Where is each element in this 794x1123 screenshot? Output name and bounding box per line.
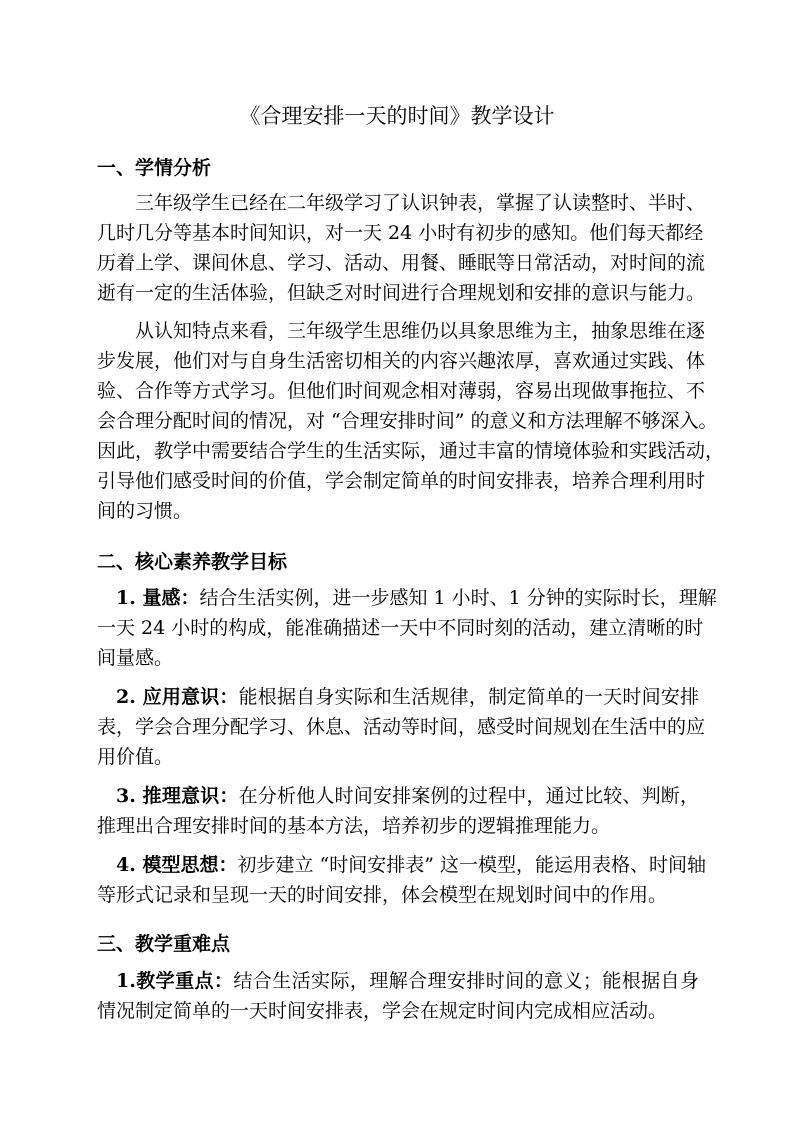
paragraph-line: 从认知特点来看，三年级学生思维仍以具象思维为主，抽象思维在逐 [135, 316, 699, 346]
paragraph-line: 步发展，他们对与自身生活密切相关的内容兴趣浓厚，喜欢通过实践、体 [97, 346, 699, 376]
item-label: 推理意识： [143, 785, 239, 807]
key-point-item-1-first-line: 1.教学重点：结合生活实际，理解合理安排时间的意义；能根据自身 [116, 966, 699, 996]
item-number: 2. [116, 686, 143, 708]
objective-item-3-first-line: 3. 推理意识：在分析他人时间安排案例的过程中，通过比较、判断， [116, 781, 699, 811]
paragraph-line: 用价值。 [97, 742, 699, 772]
item-number: 4. [116, 854, 142, 876]
document-page: 《合理安排一天的时间》教学设计 一、学情分析 三年级学生已经在二年级学习了认识钟… [0, 0, 794, 1123]
paragraph-line: 几时几分等基本时间知识，对一天 24 小时有初步的感知。他们每天都经 [97, 218, 699, 248]
paragraph-line: 等形式记录和呈现一天的时间安排，体会模型在规划时间中的作用。 [97, 880, 699, 910]
paragraph-line: 间的习惯。 [97, 496, 699, 526]
item-number: 1. [116, 587, 142, 609]
item-text: 结合生活实际，理解合理安排时间的意义；能根据自身 [233, 970, 699, 992]
item-text: 结合生活实例，进一步感知 1 小时、1 分钟的实际时长，理解 [199, 587, 716, 609]
paragraph-line: 一天 24 小时的构成，能准确描述一天中不同时刻的活动，建立清晰的时 [97, 613, 699, 643]
paragraph-line: 引导他们感受时间的价值，学会制定简单的时间安排表，培养合理利用时 [97, 466, 699, 496]
item-number: 1. [116, 970, 136, 992]
item-text: 初步建立 “时间安排表” 这一模型，能运用表格、时间轴 [237, 854, 706, 876]
item-text: 在分析他人时间安排案例的过程中，通过比较、判断， [239, 785, 699, 807]
paragraph-line: 表，学会合理分配学习、休息、活动等时间，感受时间规划在生活中的应 [97, 712, 699, 742]
paragraph-line: 历着上学、课间休息、学习、活动、用餐、睡眠等日常活动，对时间的流 [97, 248, 699, 278]
paragraph-line: 因此，教学中需要结合学生的生活实际，通过丰富的情境体验和实践活动， [97, 436, 699, 466]
paragraph-line: 验、合作等方式学习。但他们时间观念相对薄弱，容易出现做事拖拉、不 [97, 376, 699, 406]
paragraph-line: 情况制定简单的一天时间安排表，学会在规定时间内完成相应活动。 [97, 996, 699, 1026]
item-label: 模型思想： [142, 854, 237, 876]
section-heading-key-points: 三、教学重难点 [97, 929, 230, 959]
objective-item-4-first-line: 4. 模型思想：初步建立 “时间安排表” 这一模型，能运用表格、时间轴 [116, 850, 699, 880]
paragraph-line: 会合理分配时间的情况，对 “合理安排时间” 的意义和方法理解不够深入。 [97, 406, 699, 436]
item-label: 教学重点： [136, 970, 234, 992]
objective-item-1-first-line: 1. 量感：结合生活实例，进一步感知 1 小时、1 分钟的实际时长，理解 [116, 583, 699, 613]
item-label: 量感： [142, 587, 199, 609]
item-text: 能根据自身实际和生活规律，制定简单的一天时间安排 [239, 686, 699, 708]
section-heading-objectives: 二、核心素养教学目标 [97, 547, 287, 577]
item-label: 应用意识： [143, 686, 239, 708]
objective-item-2-first-line: 2. 应用意识：能根据自身实际和生活规律，制定简单的一天时间安排 [116, 682, 699, 712]
item-number: 3. [116, 785, 143, 807]
section-heading-analysis: 一、学情分析 [97, 153, 211, 183]
document-title: 《合理安排一天的时间》教学设计 [0, 101, 794, 131]
paragraph-line: 三年级学生已经在二年级学习了认识钟表，掌握了认读整时、半时、 [135, 188, 699, 218]
paragraph-line: 间量感。 [97, 643, 699, 673]
paragraph-line: 逝有一定的生活体验，但缺乏对时间进行合理规划和安排的意识与能力。 [97, 278, 699, 308]
paragraph-line: 推理出合理安排时间的基本方法，培养初步的逻辑推理能力。 [97, 811, 699, 841]
